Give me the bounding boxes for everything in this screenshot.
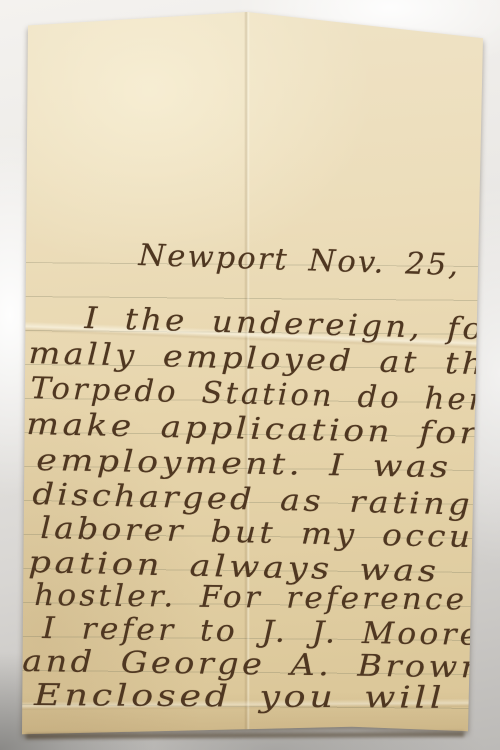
letter-paper: Newport Nov. 25, 1899. I the undereign, …: [0, 0, 500, 750]
paper-shadow: Newport Nov. 25, 1899. I the undereign, …: [0, 0, 500, 750]
letter-line: Enclosed you will: [34, 678, 445, 716]
stain-mark: [99, 9, 113, 21]
letter-date: Newport Nov. 25, 1899.: [138, 238, 500, 287]
handwriting-layer: Newport Nov. 25, 1899. I the undereign, …: [0, 0, 500, 750]
letter-photograph: Newport Nov. 25, 1899. I the undereign, …: [0, 0, 500, 750]
